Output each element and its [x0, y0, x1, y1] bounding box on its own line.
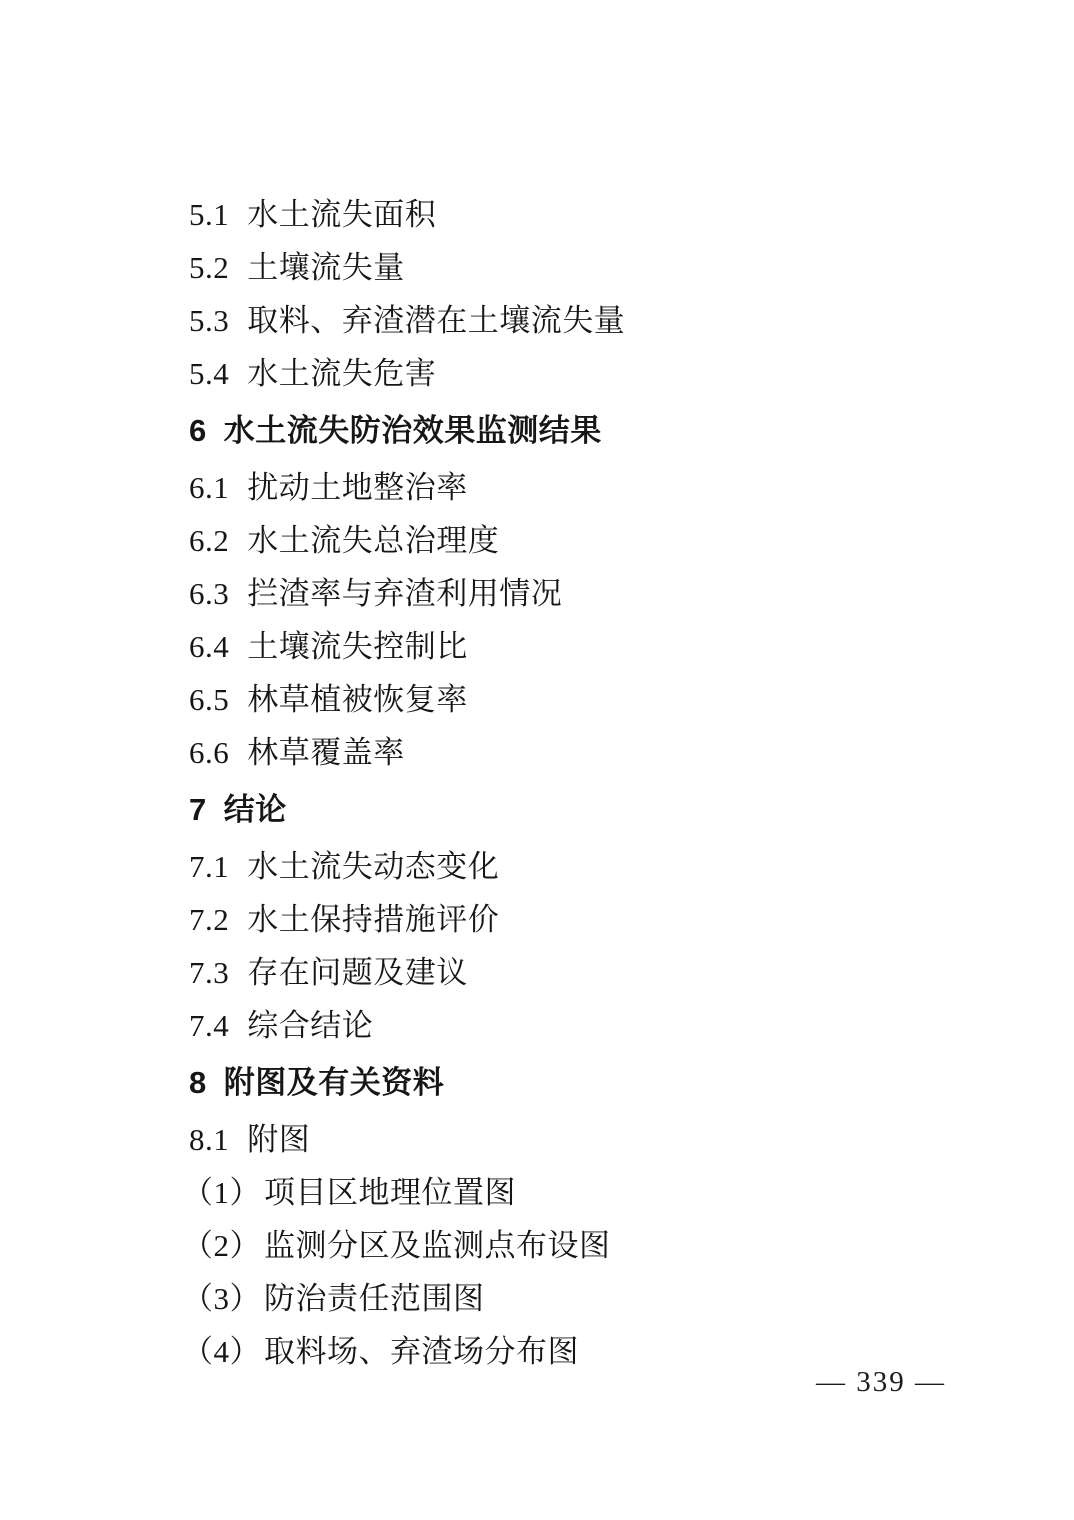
toc-chapter-heading-7: 7结论 [189, 783, 949, 836]
toc-chapter-heading-6: 6水土流失防治效果监测结果 [189, 404, 949, 457]
toc-entry-number: 6.3 [189, 567, 229, 620]
toc-entry-6-4: 6.4土壤流失控制比 [189, 620, 949, 673]
toc-entry-5-1: 5.1水土流失面积 [189, 188, 949, 241]
toc-entry-number: 6.4 [189, 620, 229, 673]
toc-list: 5.1水土流失面积 5.2土壤流失量 5.3取料、弃渣潜在土壤流失量 5.4水土… [189, 188, 949, 1378]
toc-entry-title: 附图 [247, 1122, 310, 1157]
toc-entry-5-4: 5.4水土流失危害 [189, 347, 949, 400]
toc-figure-item-3: （3）防治责任范围图 [182, 1272, 949, 1325]
toc-chapter-title: 结论 [224, 792, 287, 827]
toc-entry-title: 扰动土地整治率 [247, 470, 468, 505]
toc-entry-7-1: 7.1水土流失动态变化 [189, 840, 949, 893]
toc-entry-number: 6.1 [189, 461, 229, 514]
toc-entry-6-2: 6.2水土流失总治理度 [189, 514, 949, 567]
toc-item-number: （4） [182, 1325, 261, 1378]
toc-entry-title: 土壤流失量 [247, 250, 405, 285]
toc-item-title: 取料场、弃渣场分布图 [264, 1334, 579, 1369]
toc-chapter-heading-8: 8附图及有关资料 [189, 1056, 949, 1109]
toc-entry-number: 5.1 [189, 188, 229, 241]
toc-entry-title: 水土流失危害 [247, 356, 436, 391]
toc-entry-title: 水土流失动态变化 [247, 849, 499, 884]
toc-item-title: 监测分区及监测点布设图 [264, 1228, 611, 1263]
toc-chapter-number: 7 [189, 783, 207, 836]
toc-entry-number: 7.3 [189, 946, 229, 999]
toc-figure-item-2: （2）监测分区及监测点布设图 [182, 1219, 949, 1272]
toc-entry-number: 7.4 [189, 999, 229, 1052]
toc-chapter-number: 6 [189, 404, 207, 457]
toc-entry-number: 8.1 [189, 1113, 229, 1166]
toc-entry-title: 水土流失总治理度 [247, 523, 499, 558]
toc-entry-7-4: 7.4综合结论 [189, 999, 949, 1052]
toc-entry-title: 土壤流失控制比 [247, 629, 468, 664]
toc-entry-number: 7.1 [189, 840, 229, 893]
toc-entry-6-1: 6.1扰动土地整治率 [189, 461, 949, 514]
toc-entry-6-3: 6.3拦渣率与弃渣利用情况 [189, 567, 949, 620]
toc-chapter-title: 附图及有关资料 [224, 1065, 445, 1100]
toc-entry-number: 6.5 [189, 673, 229, 726]
toc-entry-5-3: 5.3取料、弃渣潜在土壤流失量 [189, 294, 949, 347]
toc-entry-8-1: 8.1附图 [189, 1113, 949, 1166]
toc-entry-title: 林草覆盖率 [247, 735, 405, 770]
toc-item-title: 项目区地理位置图 [264, 1175, 516, 1210]
toc-entry-6-5: 6.5林草植被恢复率 [189, 673, 949, 726]
toc-entry-7-3: 7.3存在问题及建议 [189, 946, 949, 999]
toc-entry-title: 水土保持措施评价 [247, 902, 499, 937]
page-number: — 339 — [816, 1362, 946, 1402]
toc-figure-item-1: （1）项目区地理位置图 [182, 1166, 949, 1219]
toc-entry-7-2: 7.2水土保持措施评价 [189, 893, 949, 946]
toc-entry-number: 7.2 [189, 893, 229, 946]
toc-entry-title: 取料、弃渣潜在土壤流失量 [247, 303, 625, 338]
toc-entry-title: 水土流失面积 [247, 197, 436, 232]
toc-entry-title: 综合结论 [247, 1008, 373, 1043]
toc-entry-number: 6.6 [189, 726, 229, 779]
toc-entry-title: 存在问题及建议 [247, 955, 468, 990]
toc-entry-5-2: 5.2土壤流失量 [189, 241, 949, 294]
toc-item-number: （1） [182, 1166, 261, 1219]
toc-entry-6-6: 6.6林草覆盖率 [189, 726, 949, 779]
toc-entry-number: 5.3 [189, 294, 229, 347]
toc-chapter-number: 8 [189, 1056, 207, 1109]
toc-chapter-title: 水土流失防治效果监测结果 [224, 413, 602, 448]
toc-item-number: （3） [182, 1272, 261, 1325]
toc-item-number: （2） [182, 1219, 261, 1272]
toc-entry-title: 拦渣率与弃渣利用情况 [247, 576, 562, 611]
toc-entry-number: 6.2 [189, 514, 229, 567]
toc-entry-number: 5.2 [189, 241, 229, 294]
toc-entry-title: 林草植被恢复率 [247, 682, 468, 717]
document-page: 5.1水土流失面积 5.2土壤流失量 5.3取料、弃渣潜在土壤流失量 5.4水土… [0, 0, 1074, 1520]
toc-entry-number: 5.4 [189, 347, 229, 400]
toc-item-title: 防治责任范围图 [264, 1281, 485, 1316]
